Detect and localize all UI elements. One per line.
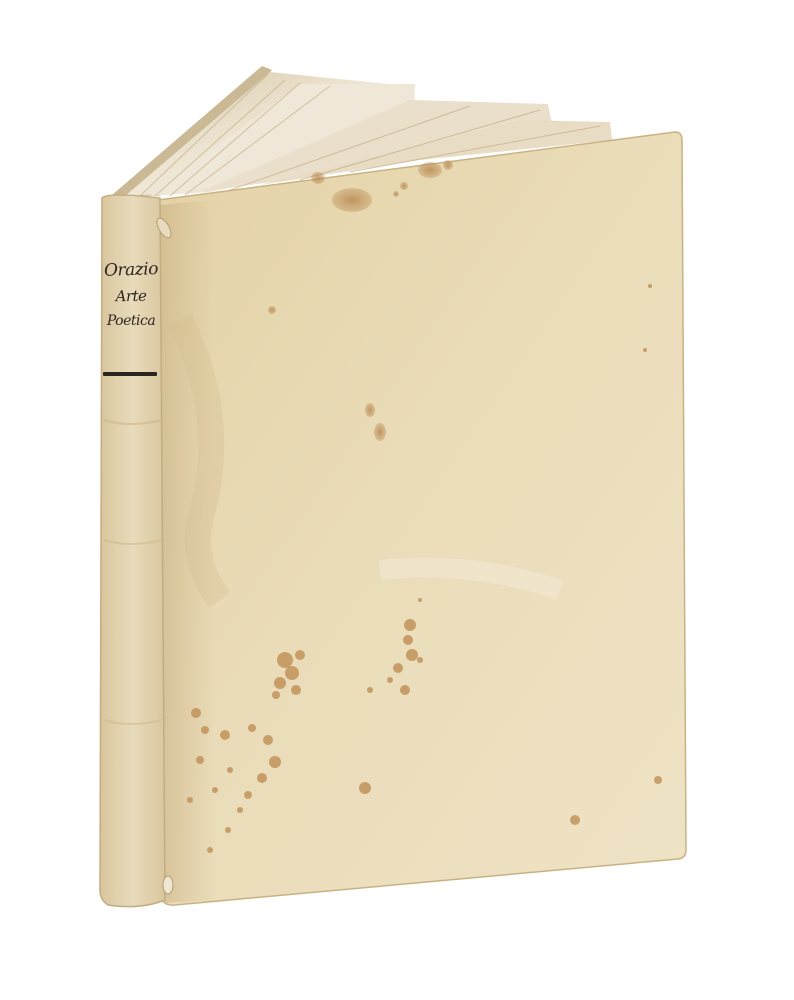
tie-bottom bbox=[163, 876, 173, 894]
book-photo bbox=[0, 0, 794, 1000]
spine-rule bbox=[103, 372, 157, 376]
spine bbox=[100, 195, 165, 907]
front-cover bbox=[158, 132, 686, 905]
